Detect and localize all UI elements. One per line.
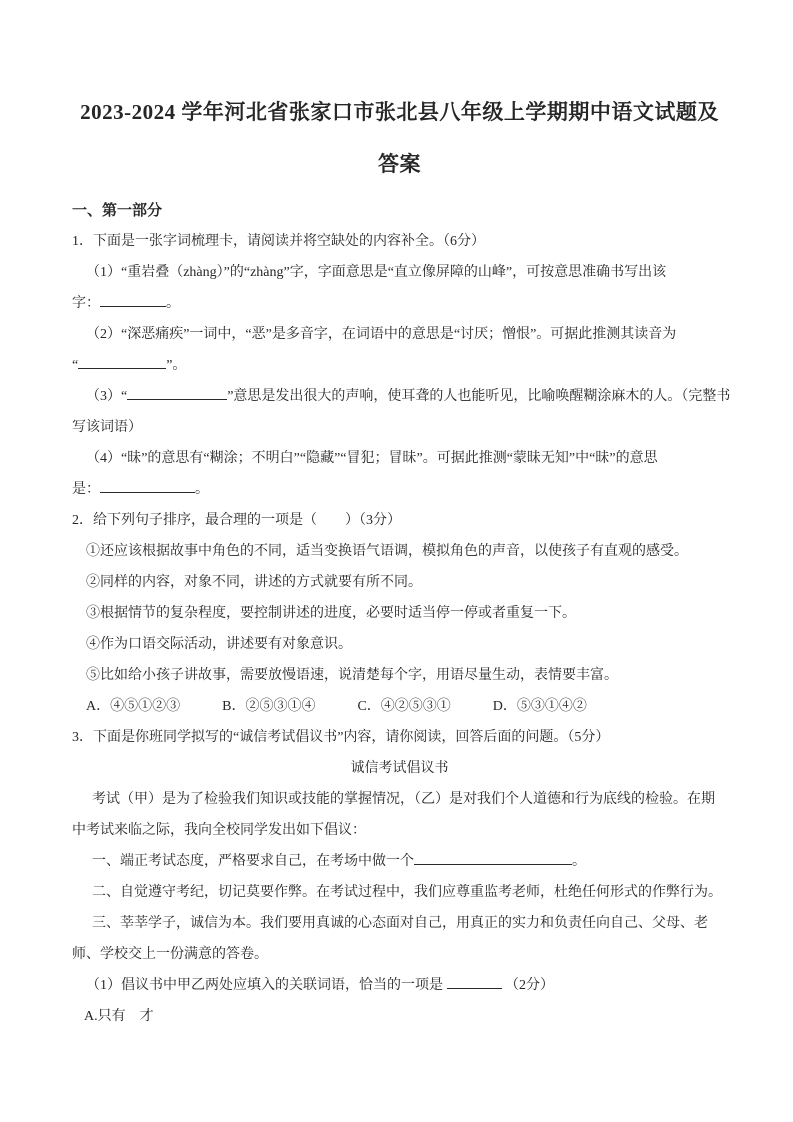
text-run: 三、莘莘学子，诚信为本。我们要用真诚的心态面对自己，用真正的实力和负责任向自己、…: [92, 916, 708, 931]
q2-sentence-5: ⑤比如给小孩子讲故事，需要放慢语速，说清楚每个字，用语尽量生动，表情要丰富。: [72, 660, 727, 691]
text-run: 一、端正考试态度，严格要求自己，在考场中做一个: [92, 854, 414, 869]
text-run: 中考试来临之际，我向全校同学发出如下倡议：: [72, 823, 366, 838]
text-run: 1．下面是一张字词梳理卡，请阅读并将空缺处的内容补全。（6分）: [72, 234, 485, 249]
text-run: 。: [572, 854, 586, 869]
q3-stem: 3．下面是你班同学拟写的“诚信考试倡议书”内容，请你阅读，回答后面的问题。（5分…: [72, 722, 727, 753]
proposal-item3-line2: 师、学校交上一份满意的答卷。: [72, 939, 727, 970]
text-run: （1）“重岩叠（zhàng）”的“zhàng”字，字面意思是“直立像屏障的山峰”…: [86, 265, 666, 280]
text-run: ”。: [166, 358, 186, 373]
section-heading: 一、第一部分: [72, 196, 727, 226]
q1-sub4-line2: 是：。: [72, 474, 727, 505]
q3-sub1-option-a: A.只有 才: [72, 1001, 727, 1032]
document-title: 2023-2024 学年河北省张家口市张北县八年级上学期期中语文试题及答案: [72, 86, 727, 190]
fill-in-blank: [127, 385, 227, 400]
text-run: A.只有 才: [84, 1009, 154, 1024]
fill-in-blank: [78, 354, 166, 369]
text-run: ①还应该根据故事中角色的不同，适当变换语气语调，模拟角色的声音，以使孩子有直观的…: [86, 544, 688, 559]
proposal-intro-line1: 考试（甲）是为了检验我们知识或技能的掌握情况，（乙）是对我们个人道德和行为底线的…: [72, 784, 727, 815]
text-run: （1）倡议书中甲乙两处应填入的关联词语，恰当的一项是: [86, 978, 447, 993]
q1-sub4-line1: （4）“昧”的意思有“糊涂；不明白”“隐藏”“冒犯；冒昧”。可据此推测“蒙昧无知…: [72, 443, 727, 474]
title-line-1: 2023-2024 学年河北省张家口市张北县八年级上学期期中语文试题及: [80, 100, 719, 124]
text-run: ②同样的内容，对象不同，讲述的方式就要有所不同。: [86, 575, 422, 590]
q3-sub1-stem: （1）倡议书中甲乙两处应填入的关联词语，恰当的一项是 （2分）: [72, 970, 727, 1001]
q2-sentence-2: ②同样的内容，对象不同，讲述的方式就要有所不同。: [72, 567, 727, 598]
proposal-title: 诚信考试倡议书: [72, 753, 727, 784]
q1-stem: 1．下面是一张字词梳理卡，请阅读并将空缺处的内容补全。（6分）: [72, 226, 727, 257]
q1-sub2-line2: “”。: [72, 350, 727, 381]
text-run: ④作为口语交际活动，讲述要有对象意识。: [86, 637, 352, 652]
proposal-item1: 一、端正考试态度，严格要求自己，在考场中做一个。: [72, 846, 727, 877]
title-line-2: 答案: [378, 152, 421, 176]
document-lines: 1．下面是一张字词梳理卡，请阅读并将空缺处的内容补全。（6分）（1）“重岩叠（z…: [72, 226, 727, 1032]
text-run: 考试（甲）是为了检验我们知识或技能的掌握情况，（乙）是对我们个人道德和行为底线的…: [92, 792, 715, 807]
text-run: 。: [166, 296, 180, 311]
proposal-item3-line1: 三、莘莘学子，诚信为本。我们要用真诚的心态面对自己，用真正的实力和负责任向自己、…: [72, 908, 727, 939]
text-run: ”意思是发出很大的声响，使耳聋的人也能听见，比喻唤醒糊涂麻木的人。（完整书: [227, 389, 730, 404]
text-run: 是：: [72, 482, 100, 497]
q1-sub1-line1: （1）“重岩叠（zhàng）”的“zhàng”字，字面意思是“直立像屏障的山峰”…: [72, 257, 727, 288]
fill-in-blank: [100, 292, 166, 307]
q1-sub3-line2: 写该词语）: [72, 412, 727, 443]
q2-sentence-4: ④作为口语交际活动，讲述要有对象意识。: [72, 629, 727, 660]
text-run: ③根据情节的复杂程度，要控制讲述的进度，必要时适当停一停或者重复一下。: [86, 606, 576, 621]
q1-sub1-line2: 字：。: [72, 288, 727, 319]
text-run: 诚信考试倡议书: [351, 761, 449, 776]
text-run: 写该词语）: [72, 420, 142, 435]
text-run: （2分）: [502, 978, 555, 993]
q2-options: A．④⑤①②③ B．②⑤③①④ C．④②⑤③① D．⑤③①④②: [72, 691, 727, 722]
text-run: 师、学校交上一份满意的答卷。: [72, 947, 268, 962]
text-run: （3）“: [86, 389, 127, 404]
q1-sub2-line1: （2）“深恶痛疾”一词中，“恶”是多音字，在词语中的意思是“讨厌；憎恨”。可据此…: [72, 319, 727, 350]
exam-document-page: 2023-2024 学年河北省张家口市张北县八年级上学期期中语文试题及答案 一、…: [0, 0, 793, 1122]
q2-stem: 2．给下列句子排序，最合理的一项是（ ）（3分）: [72, 505, 727, 536]
fill-in-blank: [414, 850, 572, 865]
q2-sentence-3: ③根据情节的复杂程度，要控制讲述的进度，必要时适当停一停或者重复一下。: [72, 598, 727, 629]
fill-in-blank: [100, 478, 195, 493]
document-content: 2023-2024 学年河北省张家口市张北县八年级上学期期中语文试题及答案 一、…: [0, 0, 793, 1032]
text-run: 2．给下列句子排序，最合理的一项是（ ）（3分）: [72, 513, 401, 528]
text-run: 。: [195, 482, 209, 497]
text-run: A．④⑤①②③ B．②⑤③①④ C．④②⑤③① D．⑤③①④②: [86, 699, 587, 714]
q1-sub3-line1: （3）“”意思是发出很大的声响，使耳聋的人也能听见，比喻唤醒糊涂麻木的人。（完整…: [72, 381, 727, 412]
text-run: 二、自觉遵守考纪，切记莫要作弊。在考试过程中，我们应尊重监考老师，杜绝任何形式的…: [92, 885, 722, 900]
text-run: （4）“昧”的意思有“糊涂；不明白”“隐藏”“冒犯；冒昧”。可据此推测“蒙昧无知…: [86, 451, 658, 466]
text-run: 3．下面是你班同学拟写的“诚信考试倡议书”内容，请你阅读，回答后面的问题。（5分…: [72, 730, 609, 745]
proposal-item2: 二、自觉遵守考纪，切记莫要作弊。在考试过程中，我们应尊重监考老师，杜绝任何形式的…: [72, 877, 727, 908]
proposal-intro-line2: 中考试来临之际，我向全校同学发出如下倡议：: [72, 815, 727, 846]
text-run: 字：: [72, 296, 100, 311]
fill-in-blank: [447, 974, 502, 989]
q2-sentence-1: ①还应该根据故事中角色的不同，适当变换语气语调，模拟角色的声音，以使孩子有直观的…: [72, 536, 727, 567]
text-run: （2）“深恶痛疾”一词中，“恶”是多音字，在词语中的意思是“讨厌；憎恨”。可据此…: [86, 327, 676, 342]
text-run: ⑤比如给小孩子讲故事，需要放慢语速，说清楚每个字，用语尽量生动，表情要丰富。: [86, 668, 618, 683]
